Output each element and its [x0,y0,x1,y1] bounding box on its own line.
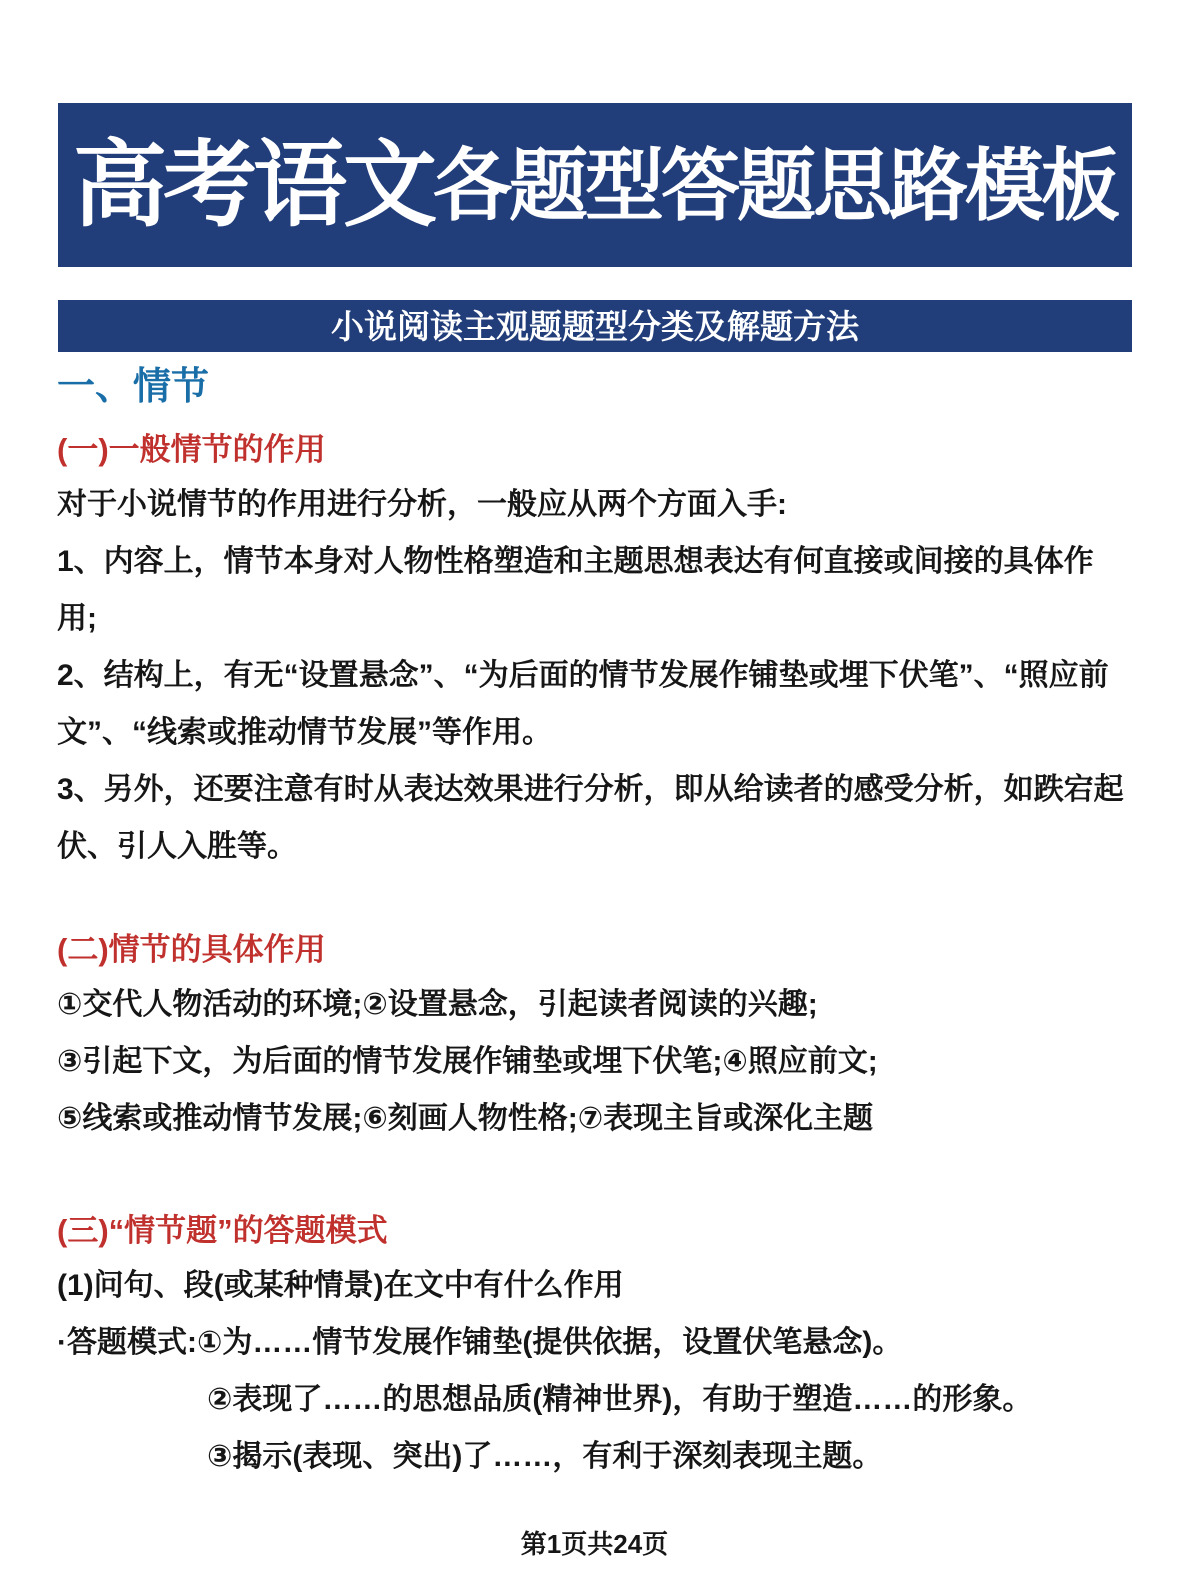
main-title-banner: 高考语文 各题型答题思路模板 [58,103,1132,267]
paragraph: 对于小说情节的作用进行分析，一般应从两个方面入手: [57,476,1132,533]
paragraph: ·答题模式:①为……情节发展作铺垫(提供依据，设置伏笔悬念)。 [57,1314,1132,1371]
paragraph: 2、结构上，有无“设置悬念”、“为后面的情节发展作铺垫或埋下伏笔”、“照应前文”… [57,647,1132,761]
paragraph-indented: ③揭示(表现、突出)了……，有利于深刻表现主题。 [57,1428,1132,1485]
sub-heading-specific-plot-function: (二)情节的具体作用 [57,932,1132,968]
page-number-label: 第1页共24页 [57,1528,1132,1560]
document-body: 一、情节 (一)一般情节的作用 对于小说情节的作用进行分析，一般应从两个方面入手… [57,365,1132,1560]
subtitle-banner: 小说阅读主观题题型分类及解题方法 [58,300,1132,352]
paragraph: ①交代人物活动的环境;②设置悬念，引起读者阅读的兴趣; [57,976,1132,1033]
main-title-rest: 各题型答题思路模板 [433,146,1117,225]
section-heading-plot: 一、情节 [57,365,1132,409]
paragraph-indented: ②表现了……的思想品质(精神世界)，有助于塑造……的形象。 [57,1371,1132,1428]
paragraph: (1)问句、段(或某种情景)在文中有什么作用 [57,1257,1132,1314]
sub-heading-general-plot-function: (一)一般情节的作用 [57,432,1132,468]
paragraph: 1、内容上，情节本身对人物性格塑造和主题思想表达有何直接或间接的具体作用; [57,533,1132,647]
main-title-emphasis: 高考语文 [73,138,433,232]
paragraph: ③引起下文，为后面的情节发展作铺垫或埋下伏笔;④照应前文; [57,1033,1132,1090]
paragraph: 3、另外，还要注意有时从表达效果进行分析，即从给读者的感受分析，如跌宕起伏、引人… [57,761,1132,875]
document-page: 高考语文 各题型答题思路模板 小说阅读主观题题型分类及解题方法 一、情节 (一)… [0,0,1192,1593]
subtitle-text: 小说阅读主观题题型分类及解题方法 [331,310,859,343]
sub-heading-plot-question-answer-pattern: (三)“情节题”的答题模式 [57,1213,1132,1249]
paragraph: ⑤线索或推动情节发展;⑥刻画人物性格;⑦表现主旨或深化主题 [57,1090,1132,1147]
